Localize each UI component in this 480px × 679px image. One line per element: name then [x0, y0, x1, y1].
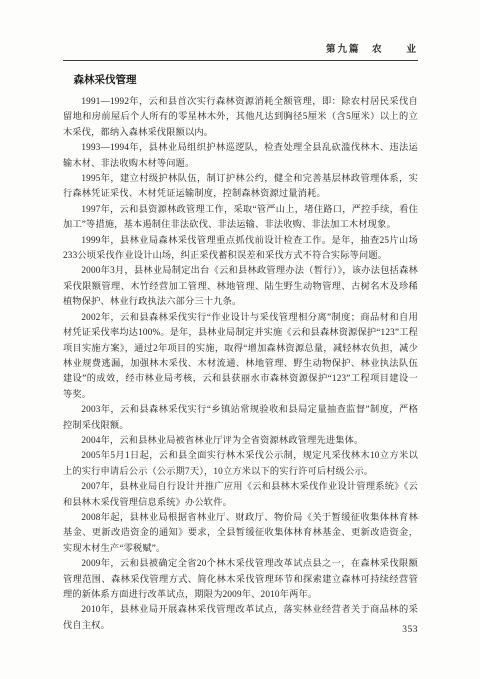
page-number: 353	[402, 625, 418, 635]
chapter-header-text: 第九篇 农 业	[326, 45, 418, 55]
paragraph: 1995年，建立村级护林队伍，制订护林公约，健全和完善基层林政管理体系，实行森林…	[63, 171, 418, 202]
paragraph: 2009年，云和县被确定全省20个林木采伐管理改革试点县之一，在森林采伐限额管理…	[63, 556, 418, 602]
paragraph: 2004年，云和县林业局被省林业厅评为全省资源林政管理先进集体。	[63, 433, 418, 448]
paragraph: 1993—1994年，县林业局组织护林巡逻队，检查处理全县乱砍滥伐林木、违法运输…	[63, 140, 418, 171]
header-rule	[63, 60, 418, 61]
running-header: 第九篇 农 业	[63, 44, 418, 60]
paragraph: 1999年，县林业局森林采伐管理重点抓伐前设计检查工作。是年，抽查25片山场23…	[63, 233, 418, 264]
paragraph: 2002年，云和县森林采伐实行“作业设计与采伐管理相分离”制度；商品材和自用材凭…	[63, 310, 418, 402]
paragraph: 2010年，县林业局开展森林采伐管理改革试点，落实林业经营者关于商品林的采伐自主…	[63, 602, 418, 633]
paragraph: 1997年，云和县资源林政管理工作，采取“管严山上，堵住路口，严控手续，看住加工…	[63, 202, 418, 233]
paragraph: 2000年3月，县林业局制定出台《云和县林政管理办法（暂行）》，该办法包括森林采…	[63, 263, 418, 309]
paragraph: 1991—1992年，云和县首次实行森林资源消耗全额管理，即：除农村居民采伐自留…	[63, 94, 418, 140]
body-text: 1991—1992年，云和县首次实行森林资源消耗全额管理，即：除农村居民采伐自留…	[63, 94, 418, 633]
paragraph: 2008年起，县林业局根据省林业厅、财政厅、物价局《关于暂缓征收集体林育林基金、…	[63, 510, 418, 556]
book-page: 第九篇 农 业 森林采伐管理 1991—1992年，云和县首次实行森林资源消耗全…	[0, 0, 480, 679]
section-title: 森林采伐管理	[63, 73, 418, 87]
paragraph: 2007年，县林业局自行设计并推广应用《云和县林木采伐作业设计管理系统》《云和县…	[63, 479, 418, 510]
paragraph: 2003年，云和县森林采伐实行“乡镇站常规验收和县局定量抽查监督”制度，严格控制…	[63, 402, 418, 433]
paragraph: 2005年5月1日起，云和县全面实行林木采伐公示制，规定凡采伐林木10立方米以上…	[63, 448, 418, 479]
